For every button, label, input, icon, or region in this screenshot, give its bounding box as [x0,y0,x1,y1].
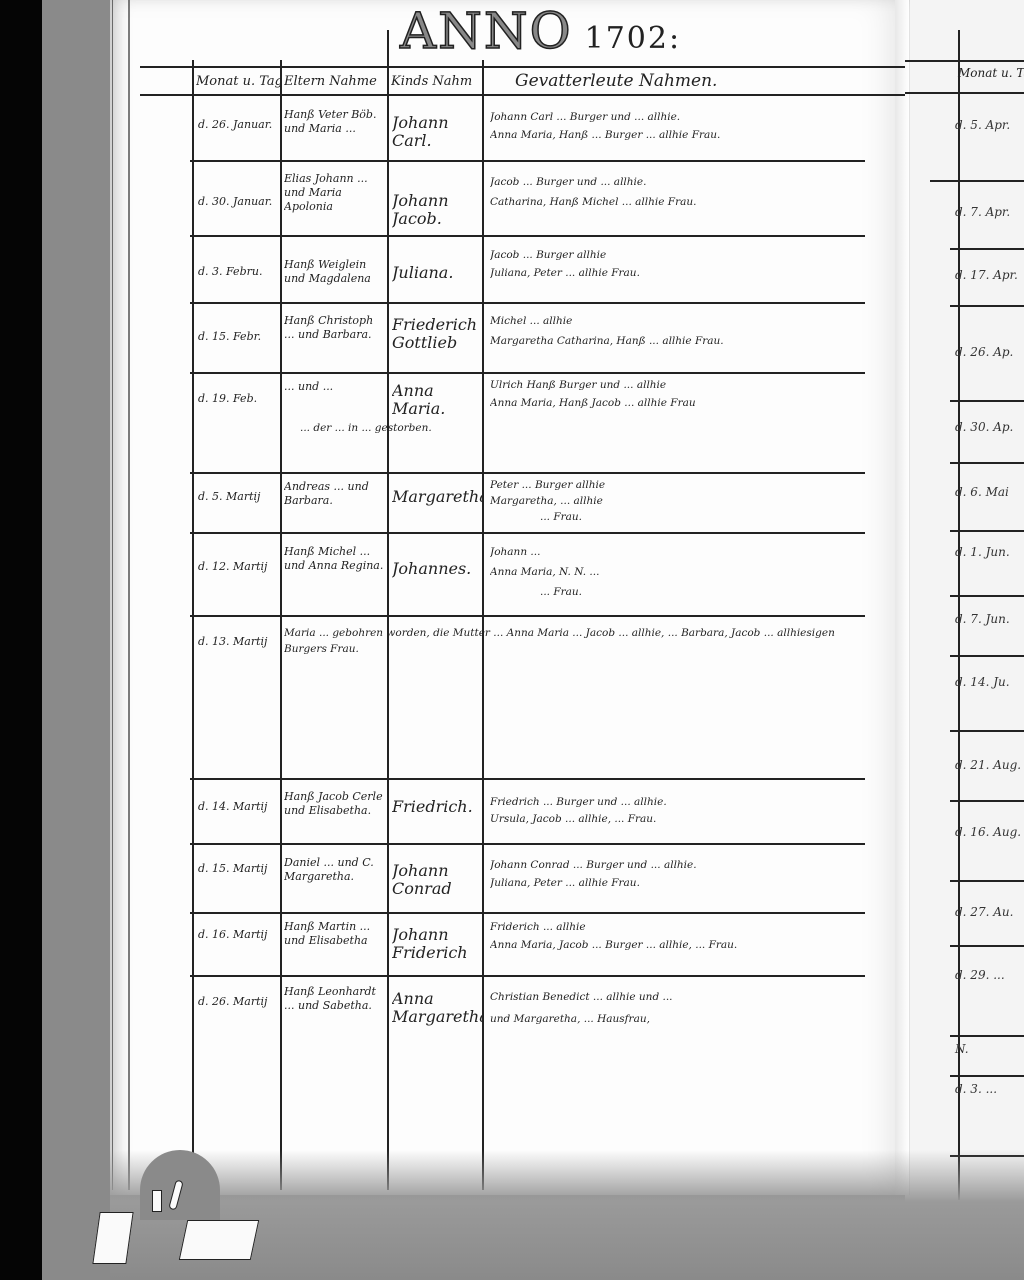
entry-godparent-2: Anna Maria, N. N. ... [490,565,860,580]
entry-date: d. 26. Martij [198,995,278,1009]
entry-date: d. 14. Martij [198,800,278,814]
entry-parents: Elias Johann ... und Maria Apolonia [284,172,384,214]
entry-godparent-1: Johann Conrad ... Burger und ... allhie. [490,858,860,873]
row-rule [190,532,865,534]
row-rule [950,462,1024,464]
facing-page [905,0,1024,1210]
entry-date: d. 30. Januar. [198,195,278,209]
entry-date: d. 19. Feb. [198,392,278,406]
row-rule [190,912,865,914]
title-anno: ANNO [400,2,573,60]
entry-child: Johann Conrad [392,862,482,898]
scan-bottom-shadow [110,1150,1024,1280]
entry-child: Johann Jacob. [392,192,482,228]
row-rule [950,800,1024,802]
entry-godparent-1: Johann ... [490,545,860,560]
entry-note: Maria ... gebohren worden, die Mutter ..… [284,625,859,657]
entry-date: d. 16. Martij [198,928,278,942]
entry-godparent-2: Catharina, Hanß Michel ... allhie Frau. [490,195,860,210]
entry-godparent-1: Friedrich ... Burger und ... allhie. [490,795,860,810]
scan-artifact-shape [152,1190,162,1212]
row-rule [190,975,865,977]
entry-godparent-1: Friderich ... allhie [490,920,860,935]
entry-godparent-1: Michel ... allhie [490,314,860,329]
page-edge [112,0,113,1190]
header-bottom-rule [140,94,905,96]
entry-child: Johann Friderich [392,926,482,962]
right-page-header-rule [905,60,1024,62]
column-rule-2 [280,60,282,1190]
right-page-date: N. [955,1042,969,1056]
entry-parents: ... und ... [284,380,384,394]
column-rule-3 [387,30,389,1190]
header-godparents: Gevatterleute Nahmen. [515,68,815,94]
entry-date: d. 5. Martij [198,490,278,504]
entry-parents: Hanß Weiglein und Magdalena [284,258,384,286]
entry-godparent-1: Jacob ... Burger und ... allhie. [490,175,860,190]
entry-parents: Hanß Jacob Cerle und Elisabetha. [284,790,384,818]
right-page-date: d. 6. Mai [955,485,1009,499]
right-page-date: d. 27. Au. [955,905,1013,919]
right-page-date: d. 21. Aug. [955,758,1021,772]
right-page-date: d. 30. Ap. [955,420,1013,434]
entry-date: d. 13. Martij [198,635,278,649]
column-rule-1 [192,60,194,1190]
row-rule [190,778,865,780]
entry-godparent-2: Juliana, Peter ... allhie Frau. [490,876,860,891]
entry-parents: Hanß Veter Böb. und Maria ... [284,108,384,136]
entry-godparent-2: Margaretha, ... allhie [490,494,860,509]
row-rule [190,843,865,845]
entry-child: Friedrich. [392,798,482,816]
entry-child: Johannes. [392,560,482,578]
row-rule [930,180,1024,182]
entry-note: ... der ... in ... gestorben. [300,420,640,436]
row-rule [190,160,865,162]
right-page-header-rule [905,92,1024,94]
scan-artifact-shape [179,1220,260,1260]
row-rule [950,248,1024,250]
right-page-date: d. 16. Aug. [955,825,1021,839]
right-page-date: d. 5. Apr. [955,118,1010,132]
entry-child: Juliana. [392,264,482,282]
row-rule [950,530,1024,532]
entry-godparent-2: Anna Maria, Jacob ... Burger ... allhie,… [490,938,860,953]
entry-godparent-1: Jacob ... Burger allhie [490,248,860,263]
entry-godparent-1: Ulrich Hanß Burger und ... allhie [490,378,860,393]
page-edge-inner [128,0,130,1190]
right-page-date: d. 26. Ap. [955,345,1013,359]
entry-parents: Andreas ... und Barbara. [284,480,384,508]
entry-date: d. 12. Martij [198,560,278,574]
row-rule [950,945,1024,947]
row-rule [950,1035,1024,1037]
header-parents: Eltern Nahme [284,68,384,94]
right-page-date: d. 1. Jun. [955,545,1010,559]
row-rule [950,880,1024,882]
entry-godparent-3: ... Frau. [540,585,840,600]
entry-godparent-2: Anna Maria, Hanß ... Burger ... allhie F… [490,128,860,143]
entry-godparent-2: Anna Maria, Hanß Jacob ... allhie Frau [490,396,860,411]
entry-parents: Daniel ... und C. Margaretha. [284,856,384,884]
entry-child: Anna Margaretha. [392,990,482,1026]
entry-child: Anna Maria. [392,382,482,418]
title-year: 1702: [585,21,681,56]
right-page-date: d. 17. Apr. [955,268,1018,282]
entry-child: Johann Carl. [392,114,482,150]
row-rule [190,372,865,374]
page-gutter [895,0,909,1195]
header-date: Monat u. Tag [196,68,280,94]
entry-date: d. 26. Januar. [198,118,278,132]
right-page-date: d. 29. ... [955,968,1005,982]
row-rule [950,305,1024,307]
entry-godparent-2: Margaretha Catharina, Hanß ... allhie Fr… [490,334,860,349]
right-page-date: d. 7. Jun. [955,612,1010,626]
entry-godparent-2: Ursula, Jacob ... allhie, ... Frau. [490,812,860,827]
entry-date: d. 15. Febr. [198,330,278,344]
row-rule [190,235,865,237]
entry-child: Friederich Gottlieb [392,316,482,352]
row-rule [950,595,1024,597]
entry-godparent-1: Johann Carl ... Burger und ... allhie. [490,110,860,125]
entry-date: d. 3. Febru. [198,265,278,279]
row-rule [950,730,1024,732]
row-rule [950,1075,1024,1077]
entry-date: d. 15. Martij [198,862,278,876]
row-rule [190,615,865,617]
entry-child: Margaretha. [392,488,482,506]
right-page-date: d. 3. ... [955,1082,997,1096]
row-rule [950,400,1024,402]
right-page-date: d. 14. Ju. [955,675,1010,689]
row-rule [190,302,865,304]
entry-parents: Hanß Michel ... und Anna Regina. [284,545,384,573]
entry-godparent-1: Peter ... Burger allhie [490,478,860,493]
scan-dark-edge [0,0,42,1280]
page-title: ANNO1702: [400,2,681,60]
right-page-date: d. 7. Apr. [955,205,1010,219]
entry-parents: Hanß Leonhardt ... und Sabetha. [284,985,384,1013]
row-rule [950,655,1024,657]
entry-parents: Hanß Martin ... und Elisabetha [284,920,384,948]
header-child: Kinds Nahm [391,68,481,94]
entry-godparent-1: Christian Benedict ... allhie und ... [490,990,860,1005]
entry-parents: Hanß Christoph ... und Barbara. [284,314,384,342]
right-page-header: Monat u. Tag [958,66,1024,80]
entry-godparent-3: ... Frau. [540,510,840,525]
entry-godparent-2: Juliana, Peter ... allhie Frau. [490,266,860,281]
row-rule [190,472,865,474]
entry-godparent-2: und Margaretha, ... Hausfrau, [490,1012,860,1027]
